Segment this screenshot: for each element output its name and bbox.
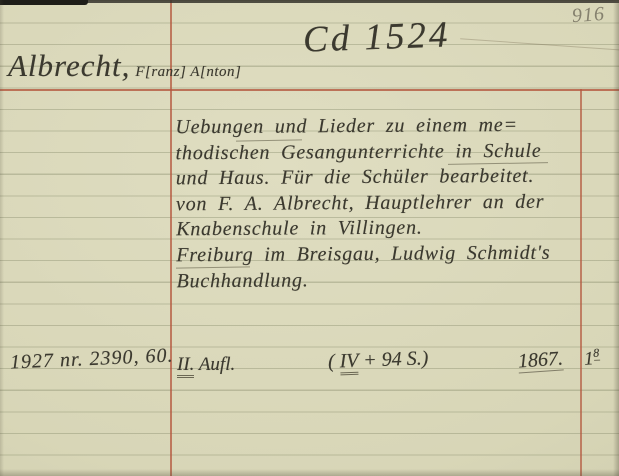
scan-edge-top bbox=[0, 0, 619, 3]
edition-word: Aufl. bbox=[199, 354, 235, 375]
format-base: 1 bbox=[583, 348, 594, 369]
red-rule-horizontal bbox=[0, 89, 619, 91]
red-rule-vertical-right bbox=[580, 89, 582, 476]
scan-edge-shadow-right bbox=[613, 0, 619, 476]
shelfmark: Cd 1524 bbox=[302, 13, 451, 61]
collation-statement: ( IV + 94 S.) bbox=[328, 347, 429, 373]
title-line: Knabenschule in Villingen. bbox=[176, 215, 550, 243]
collation-rest: + 94 S.) bbox=[363, 347, 429, 371]
author-heading: Albrecht,F[ranz] A[nton] bbox=[8, 48, 241, 84]
scan-edge-shadow-bottom bbox=[0, 469, 619, 476]
title-line: Freiburg im Breisgau, Ludwig Schmidt's bbox=[176, 241, 550, 269]
format-superscript: 8 bbox=[593, 346, 600, 361]
title-line: Uebungen und Lieder zu einem me= bbox=[175, 113, 549, 141]
collation-numeral: IV bbox=[339, 350, 358, 376]
edition-numeral: II. bbox=[177, 354, 194, 378]
title-line: Buchhandlung. bbox=[176, 266, 550, 294]
author-forenames: F[ranz] A[nton] bbox=[135, 64, 241, 80]
year-value: 1867. bbox=[517, 347, 563, 373]
title-line: und Haus. Für die Schüler bearbeitet. bbox=[176, 164, 550, 192]
corner-number: 916 bbox=[571, 3, 606, 28]
edition-statement: II. Aufl. bbox=[177, 354, 235, 376]
scan-edge-top-left bbox=[0, 0, 88, 5]
collation-open: ( bbox=[328, 351, 335, 373]
title-line: von F. A. Albrecht, Hauptlehrer an der bbox=[176, 189, 550, 217]
format-statement: 18 bbox=[583, 346, 600, 371]
catalog-card: 916 Cd 1524 Albrecht,F[ranz] A[nton] Ueb… bbox=[0, 0, 619, 476]
author-surname: Albrecht, bbox=[8, 48, 130, 83]
publication-year: 1867. bbox=[517, 347, 563, 373]
scan-edge-shadow-left bbox=[0, 0, 4, 476]
